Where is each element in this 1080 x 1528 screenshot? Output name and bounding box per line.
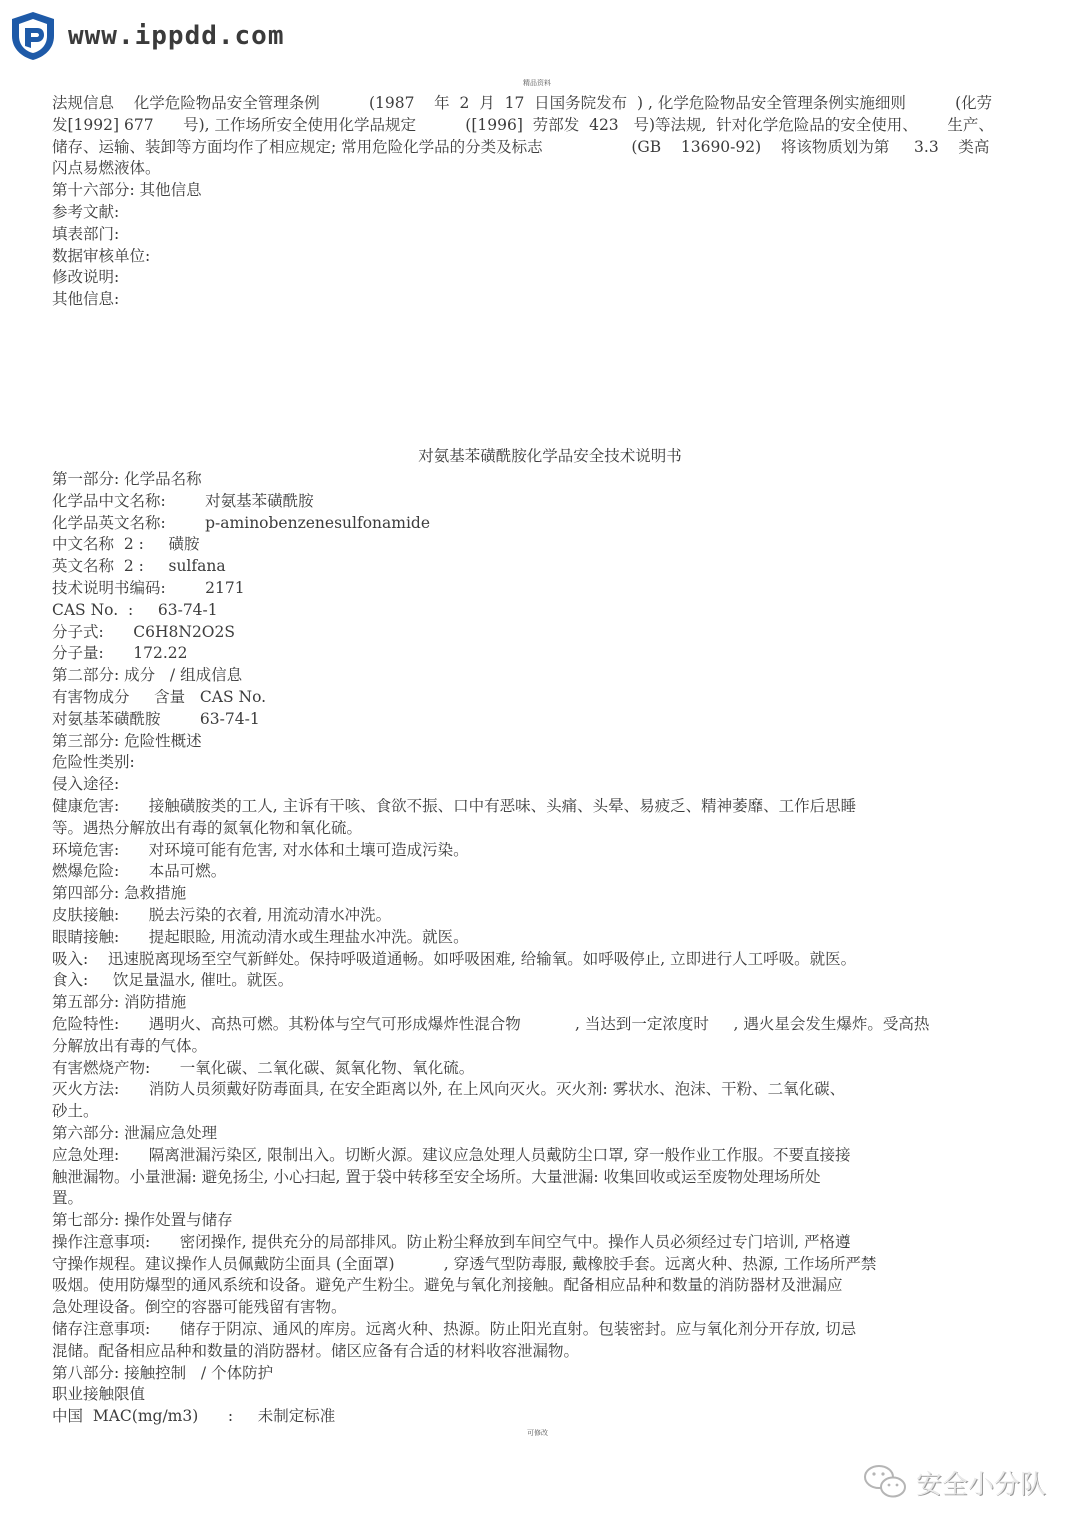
document-body: 第一部分: 化学品名称 化学品中文名称: 对氨基苯磺酰胺 化学品英文名称: p-… xyxy=(52,469,1037,1428)
text-line: 分解放出有毒的气体。 xyxy=(52,1036,1037,1058)
top-section: 法规信息 化学危险物品安全管理条例 (1987 年 2 月 17 日国务院发布 … xyxy=(52,93,1037,311)
text-line: 对氨基苯磺酰胺 63-74-1 xyxy=(52,709,1037,731)
text-line: 英文名称 2 : sulfana xyxy=(52,556,1037,578)
text-line: 触泄漏物。小量泄漏: 避免扬尘, 小心扫起, 置于袋中转移至安全场所。大量泄漏:… xyxy=(52,1167,1037,1189)
field-label: 修改说明: xyxy=(52,267,1037,289)
section-heading: 第六部分: 泄漏应急处理 xyxy=(52,1123,1037,1145)
shield-logo-icon xyxy=(8,10,58,62)
section-heading: 第二部分: 成分 / 组成信息 xyxy=(52,665,1037,687)
field-label: 数据审核单位: xyxy=(52,246,1037,268)
text-line: CAS No. : 63-74-1 xyxy=(52,600,1037,622)
document-title: 对氨基苯磺酰胺化学品安全技术说明书 xyxy=(0,444,1080,466)
section-heading: 第一部分: 化学品名称 xyxy=(52,469,1037,491)
text-line: 吸烟。使用防爆型的通风系统和设备。避免产生粉尘。避免与氧化剂接触。配备相应品种和… xyxy=(52,1275,1037,1297)
text-line: 食入: 饮足量温水, 催吐。就医。 xyxy=(52,970,1037,992)
text-line: 发[1992] 677 号), 工作场所安全使用化学品规定 ([1996] 劳部… xyxy=(52,115,1037,137)
text-line: 有害燃烧产物: 一氧化碳、二氧化碳、氮氧化物、氧化硫。 xyxy=(52,1058,1037,1080)
text-line: 健康危害: 接触磺胺类的工人, 主诉有干咳、食欲不振、口中有恶味、头痛、头晕、易… xyxy=(52,796,1037,818)
field-label: 参考文献: xyxy=(52,202,1037,224)
text-line: 分子量: 172.22 xyxy=(52,643,1037,665)
text-line: 危险特性: 遇明火、高热可燃。其粉体与空气可形成爆炸性混合物 , 当达到一定浓度… xyxy=(52,1014,1037,1036)
text-line: 闪点易燃液体。 xyxy=(52,158,1037,180)
text-line: 危险性类别: xyxy=(52,752,1037,774)
text-line: 环境危害: 对环境可能有危害, 对水体和土壤可造成污染。 xyxy=(52,840,1037,862)
section-heading: 第十六部分: 其他信息 xyxy=(52,180,1037,202)
logo-text: www.ippdd.com xyxy=(68,21,285,51)
watermark-text: 安全小分队 xyxy=(916,1464,1046,1501)
text-line: 等。遇热分解放出有毒的氮氧化物和氧化硫。 xyxy=(52,818,1037,840)
text-line: 操作注意事项: 密闭操作, 提供充分的局部排风。防止粉尘释放到车间空气中。操作人… xyxy=(52,1232,1037,1254)
text-line: 中文名称 2 : 磺胺 xyxy=(52,534,1037,556)
watermark: 安全小分队 xyxy=(862,1462,1046,1502)
text-line: 法规信息 化学危险物品安全管理条例 (1987 年 2 月 17 日国务院发布 … xyxy=(52,93,1037,115)
site-logo[interactable]: www.ippdd.com xyxy=(8,10,285,62)
text-line: 吸入: 迅速脱离现场至空气新鲜处。保持呼吸道通畅。如呼吸困难, 给输氧。如呼吸停… xyxy=(52,949,1037,971)
wechat-icon xyxy=(862,1462,910,1502)
text-line: 技术说明书编码: 2171 xyxy=(52,578,1037,600)
header-note: 精品资料 xyxy=(523,78,551,88)
text-line: 分子式: C6H8N2O2S xyxy=(52,622,1037,644)
text-line: 皮肤接触: 脱去污染的衣着, 用流动清水冲洗。 xyxy=(52,905,1037,927)
section-heading: 第七部分: 操作处置与储存 xyxy=(52,1210,1037,1232)
field-label: 填表部门: xyxy=(52,224,1037,246)
text-line: 有害物成分 含量 CAS No. xyxy=(52,687,1037,709)
section-heading: 第三部分: 危险性概述 xyxy=(52,731,1037,753)
text-line: 眼睛接触: 提起眼睑, 用流动清水或生理盐水冲洗。就医。 xyxy=(52,927,1037,949)
text-line: 砂土。 xyxy=(52,1101,1037,1123)
text-line: 灭火方法: 消防人员须戴好防毒面具, 在安全距离以外, 在上风向灭火。灭火剂: … xyxy=(52,1079,1037,1101)
text-line: 化学品中文名称: 对氨基苯磺酰胺 xyxy=(52,491,1037,513)
text-line: 守操作规程。建议操作人员佩戴防尘面具 (全面罩) , 穿透气型防毒服, 戴橡胶手… xyxy=(52,1254,1037,1276)
text-line: 燃爆危险: 本品可燃。 xyxy=(52,861,1037,883)
field-label: 其他信息: xyxy=(52,289,1037,311)
text-line: 急处理设备。倒空的容器可能残留有害物。 xyxy=(52,1297,1037,1319)
section-heading: 第四部分: 急救措施 xyxy=(52,883,1037,905)
footer-note: 可修改 xyxy=(527,1428,548,1438)
text-line: 职业接触限值 xyxy=(52,1384,1037,1406)
text-line: 置。 xyxy=(52,1188,1037,1210)
text-line: 储存注意事项: 储存于阴凉、通风的库房。远离火种、热源。防止阳光直射。包装密封。… xyxy=(52,1319,1037,1341)
text-line: 侵入途径: xyxy=(52,774,1037,796)
text-line: 应急处理: 隔离泄漏污染区, 限制出入。切断火源。建议应急处理人员戴防尘口罩, … xyxy=(52,1145,1037,1167)
text-line: 化学品英文名称: p-aminobenzenesulfonamide xyxy=(52,513,1037,535)
text-line: 混储。配备相应品种和数量的消防器材。储区应备有合适的材料收容泄漏物。 xyxy=(52,1341,1037,1363)
text-line: 储存、运输、装卸等方面均作了相应规定; 常用危险化学品的分类及标志 (GB 13… xyxy=(52,137,1037,159)
section-heading: 第八部分: 接触控制 / 个体防护 xyxy=(52,1363,1037,1385)
text-line: 中国 MAC(mg/m3) : 未制定标准 xyxy=(52,1406,1037,1428)
section-heading: 第五部分: 消防措施 xyxy=(52,992,1037,1014)
